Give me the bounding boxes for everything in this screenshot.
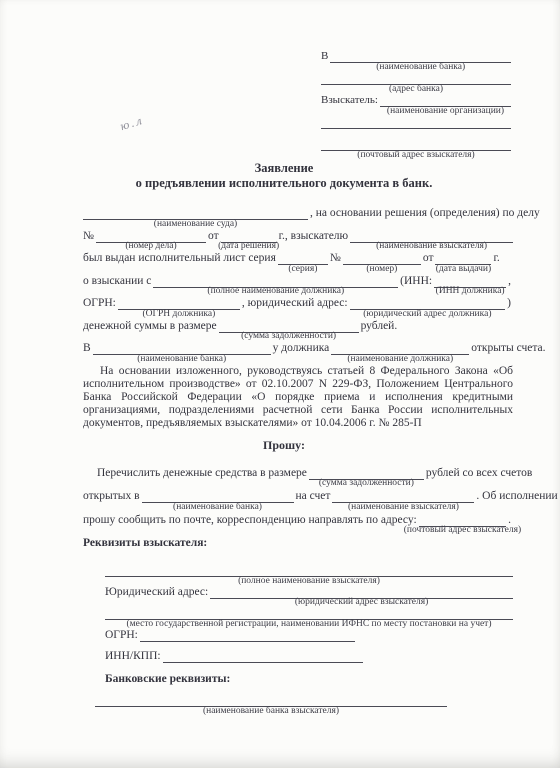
field-caption: (серия) [288, 264, 317, 274]
form-text: на счет [294, 490, 333, 503]
form-text: Взыскатель: [321, 94, 380, 107]
form-line: (наименование суда), на основании решени… [83, 207, 513, 220]
form-text: от [421, 252, 436, 265]
field-caption: (номер дела) [125, 241, 176, 251]
form-text: денежной суммы в размере [83, 320, 219, 333]
field-caption: (наименование взыскателя) [376, 241, 487, 251]
blank-fill-in-field: (серия) [278, 251, 328, 265]
field-caption: (наименование взыскателя) [348, 502, 459, 512]
form-text: Юридический адрес: [105, 586, 210, 599]
blank-fill-in-field: (наименование банка) [93, 341, 271, 355]
blank-fill-in-field: (ИНН должника) [434, 274, 506, 288]
blank-fill-in-field: (почтовый адрес взыскателя) [419, 513, 506, 527]
blank-fill-in-field [321, 115, 511, 129]
blank-fill-in-field: (юридический адрес должника) [350, 296, 506, 310]
form-text: № [83, 230, 96, 243]
blank-fill-in-field: (наименование должника) [331, 341, 469, 355]
requisites-section-heading: Реквизиты взыскателя: [83, 537, 513, 550]
document-title: Заявление о предъявлении исполнительного… [83, 161, 513, 191]
form-text: В [83, 342, 93, 355]
field-caption: (наименование суда) [154, 219, 237, 229]
form-text: ИНН/КПП: [105, 650, 163, 663]
form-text: (ИНН: [398, 275, 434, 288]
form-text: ОГРН: [83, 297, 118, 310]
form-text: Перечислить денежные средства в размере [95, 467, 309, 480]
form-line: Взыскатель:(наименование организации) [321, 94, 511, 107]
form-text: о взыскании с [83, 275, 153, 288]
requisites-form-lines: (полное наименование взыскателя)Юридичес… [105, 564, 513, 663]
legal-basis-paragraph: На основании изложенного, руководствуясь… [83, 365, 513, 431]
form-text: открытых в [83, 490, 142, 503]
form-line: В(наименование банка) [321, 50, 511, 63]
blank-fill-in-field [163, 649, 363, 663]
field-caption: (ИНН должника) [436, 286, 505, 296]
field-caption: (адрес банка) [389, 84, 443, 94]
document-content: В(наименование банка)(адрес банка)Взыска… [0, 0, 560, 707]
field-caption: (почтовый адрес взыскателя) [404, 525, 521, 535]
field-caption: (дата выдачи) [436, 264, 491, 274]
form-text: , юридический адрес: [240, 297, 350, 310]
bank-requisites-heading: Банковские реквизиты: [105, 673, 513, 686]
form-line: (почтовый адрес взыскателя) [321, 138, 511, 151]
field-caption: (наименование банка взыскателя) [203, 706, 339, 716]
form-line: №(номер дела)от(дата решения)г., взыскат… [83, 230, 513, 243]
form-line: ИНН/КПП: [105, 650, 513, 663]
field-caption: (сумма задолженности) [241, 331, 336, 341]
form-text: открыты счета. [469, 342, 547, 355]
form-line: о взыскании с(полное наименование должни… [83, 275, 513, 288]
blank-fill-in-field: (сумма задолженности) [309, 466, 424, 480]
blank-fill-in-field: (наименование суда) [83, 206, 308, 220]
field-caption: (дата решения) [218, 241, 279, 251]
blank-fill-in-field: (наименование банка) [330, 49, 511, 63]
form-line: Перечислить денежные средства в размере(… [83, 467, 513, 480]
field-caption: (юридический адрес должника) [363, 309, 491, 319]
blank-fill-in-field: (юридический адрес взыскателя) [210, 585, 513, 599]
form-line: ОГРН:(ОГРН должника), юридический адрес:… [83, 297, 513, 310]
blank-fill-in-field: (место государственной регистрации, наим… [105, 606, 513, 620]
indent-spacer [83, 479, 95, 480]
blank-fill-in-field: (дата решения) [221, 229, 277, 243]
form-text: ОГРН: [105, 629, 140, 642]
case-details-form-lines: (наименование суда), на основании решени… [83, 207, 513, 355]
form-text: рублей со всех счетов [424, 467, 534, 480]
form-text: г. [491, 252, 501, 265]
blank-fill-in-field: (ОГРН должника) [118, 296, 240, 310]
title-line-1: Заявление [83, 161, 485, 176]
blank-fill-in-field: (полное наименование взыскателя) [105, 563, 513, 577]
field-caption: (наименование организации) [387, 106, 504, 116]
field-caption: (наименование банка) [173, 502, 262, 512]
form-line: ОГРН: [105, 629, 513, 642]
field-caption: (номер) [366, 264, 397, 274]
blank-fill-in-field: (дата выдачи) [435, 251, 491, 265]
form-line: (место государственной регистрации, наим… [105, 607, 513, 620]
form-text: , на основании решения (определения) по … [308, 207, 542, 220]
form-text: г., взыскателю [277, 230, 351, 243]
form-text: ) [505, 297, 513, 310]
field-caption: (наименование банка) [376, 62, 465, 72]
blank-fill-in-field: (наименование взыскателя) [332, 489, 474, 503]
form-line: Юридический адрес:(юридический адрес взы… [105, 586, 513, 599]
form-line: (наименование банка взыскателя) [95, 694, 513, 707]
blank-fill-in-field: (номер) [343, 251, 421, 265]
form-text: прошу сообщить по почте, корреспонденцию… [83, 514, 419, 527]
form-line: прошу сообщить по почте, корреспонденцию… [83, 514, 513, 527]
form-line: денежной суммы в размере(сумма задолженн… [83, 320, 513, 333]
form-text: № [328, 252, 343, 265]
field-caption: (наименование должника) [347, 354, 453, 364]
form-line: (полное наименование взыскателя) [105, 564, 513, 577]
field-caption: (ОГРН должника) [142, 309, 215, 319]
scanned-document-page: ю.л В(наименование банка)(адрес банка)Вз… [0, 0, 560, 768]
blank-fill-in-field: (наименование организации) [380, 93, 511, 107]
field-caption: (наименование банка) [137, 354, 226, 364]
field-caption: (сумма задолженности) [319, 478, 414, 488]
form-text: В [321, 50, 330, 63]
request-form-lines: Перечислить денежные средства в размере(… [83, 467, 513, 527]
form-line [321, 116, 511, 129]
blank-fill-in-field: (сумма задолженности) [219, 319, 359, 333]
blank-fill-in-field: (наименование взыскателя) [350, 229, 513, 243]
form-line: В(наименование банка)у должника(наименов… [83, 342, 513, 355]
field-caption: (почтовый адрес взыскателя) [357, 150, 474, 160]
form-text: рублей. [359, 320, 400, 333]
field-caption: (полное наименование должника) [207, 286, 344, 296]
blank-fill-in-field: (наименование банка взыскателя) [95, 693, 447, 707]
blank-fill-in-field [140, 628, 355, 642]
blank-fill-in-field: (наименование банка) [142, 489, 294, 503]
blank-fill-in-field: (полное наименование должника) [153, 274, 398, 288]
form-text: у должника [271, 342, 332, 355]
form-line: (адрес банка) [321, 72, 511, 85]
blank-fill-in-field: (номер дела) [96, 229, 206, 243]
title-line-2: о предъявлении исполнительного документа… [83, 176, 485, 191]
form-line: открытых в(наименование банка)на счет(на… [83, 490, 513, 503]
form-line: был выдан исполнительный лист серия(сери… [83, 252, 513, 265]
bank-form-lines: (наименование банка взыскателя) [95, 694, 513, 707]
addressee-header-block: В(наименование банка)(адрес банка)Взыска… [321, 50, 511, 151]
form-text: , [506, 275, 513, 288]
form-text: был выдан исполнительный лист серия [83, 252, 278, 265]
request-heading: Прошу: [83, 438, 513, 453]
form-text: . Об исполнении [474, 490, 559, 503]
blank-fill-in-field: (почтовый адрес взыскателя) [321, 137, 511, 151]
blank-fill-in-field: (адрес банка) [321, 71, 511, 85]
